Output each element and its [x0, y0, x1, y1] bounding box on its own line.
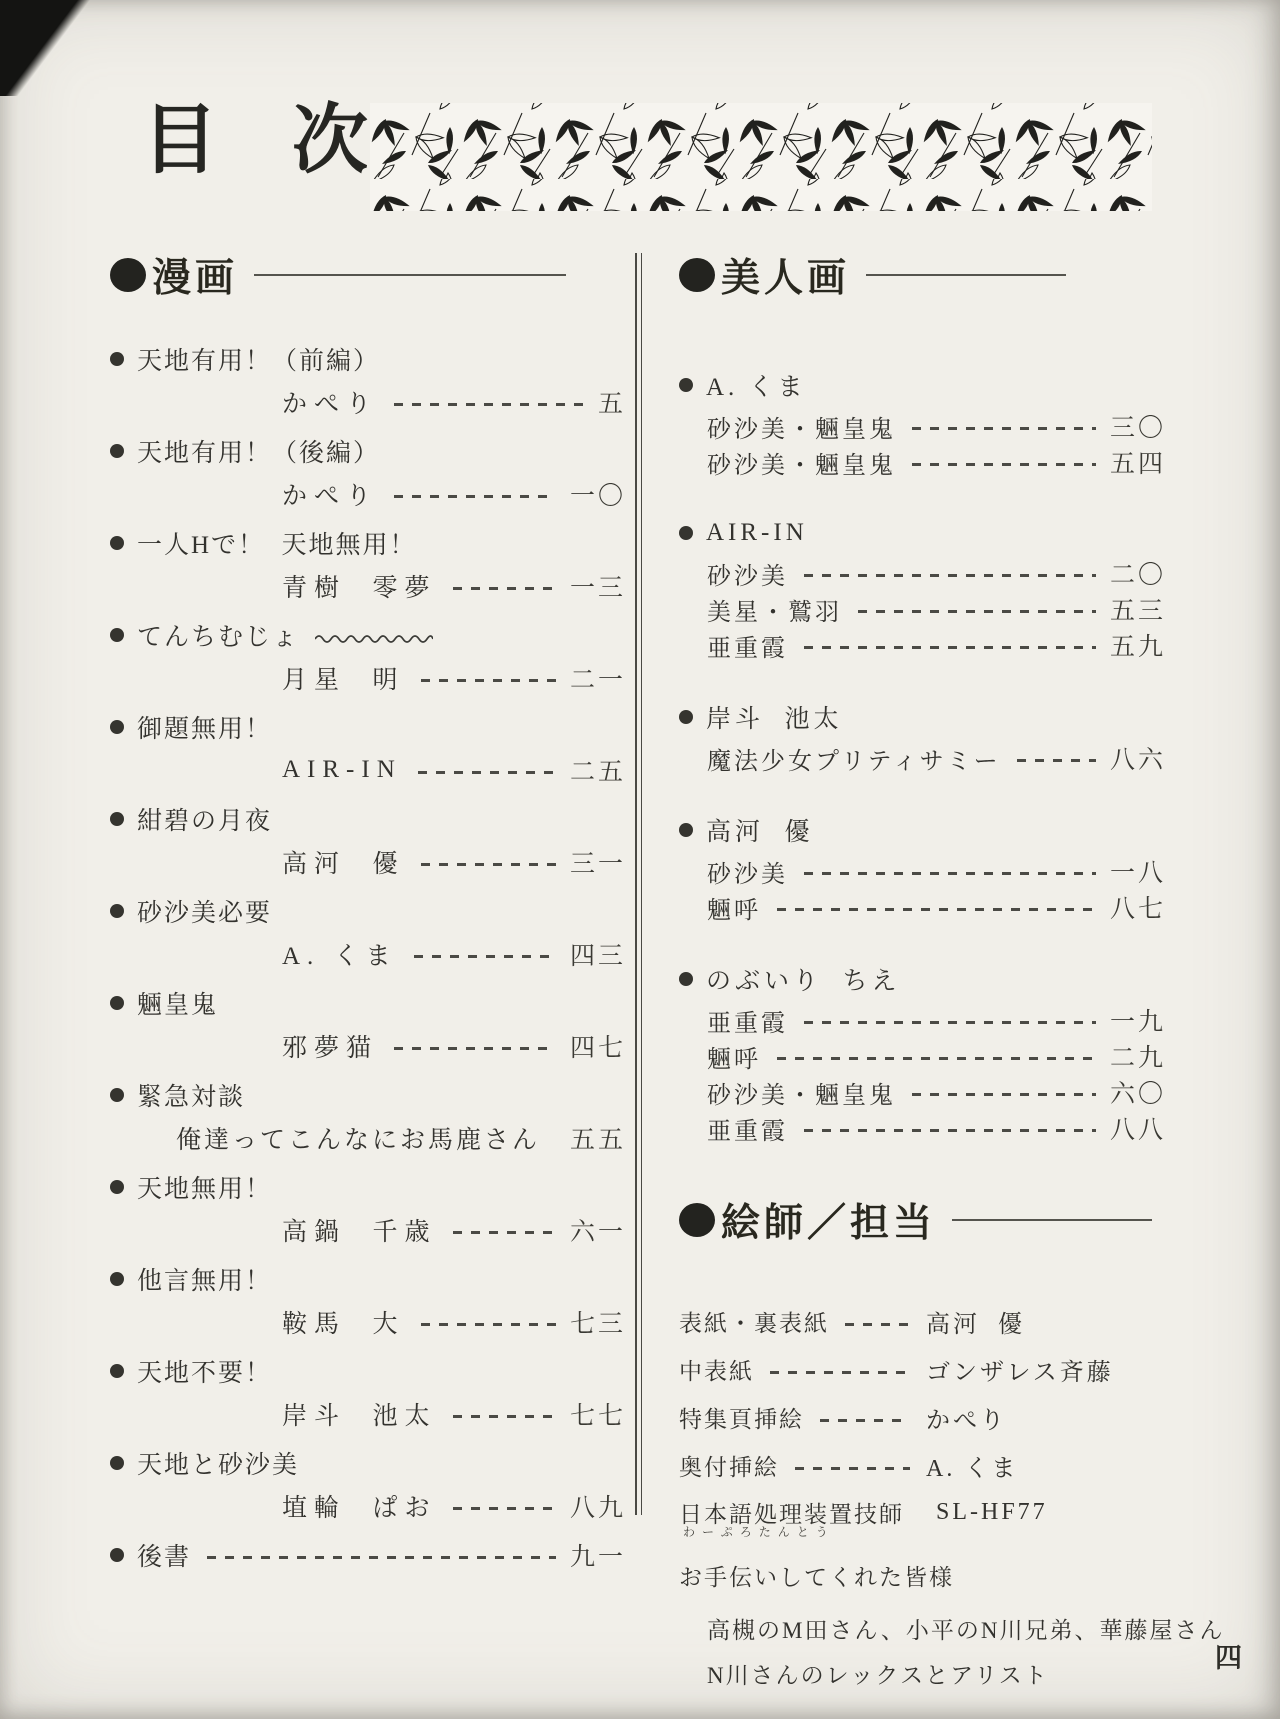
dotted-leader	[912, 463, 1096, 466]
entry-author: かぺり	[282, 384, 378, 420]
work-row: 砂沙美・魎皇鬼六〇	[679, 1074, 1166, 1110]
credits-section: 絵師／担当 表紙・裏表紙高河 優中表紙ゴンザレス斉藤特集頁挿絵かぺり奥付挿絵A.…	[679, 1192, 1166, 1698]
entry-bullet-icon	[110, 536, 124, 550]
entry-page-number: 五五	[570, 1120, 626, 1156]
artist-group: A. くま砂沙美・魎皇鬼三〇砂沙美・魎皇鬼五四	[679, 367, 1166, 480]
entry-title: てんちむじょ	[137, 617, 299, 653]
entry-page-number: 八七	[1110, 889, 1166, 925]
toc-entry: 紺碧の月夜高河 優三一	[110, 801, 626, 880]
work-row: 砂沙美・魎皇鬼三〇	[679, 408, 1166, 444]
credit-role: 特集頁挿絵	[679, 1401, 804, 1434]
entry-author: 青樹 零夢	[282, 568, 437, 604]
entry-author: 埴輪 ぱお	[282, 1488, 437, 1524]
entry-author: 鞍馬 大	[282, 1304, 405, 1340]
bamboo-pattern-band	[370, 103, 1152, 211]
entry-title: 魎皇鬼	[137, 985, 218, 1021]
entry-title: 一人Hで！ 天地無用！	[137, 525, 417, 561]
dotted-leader	[453, 1507, 556, 1510]
work-row: 砂沙美一八	[679, 853, 1166, 889]
credit-row: 中表紙ゴンザレス斉藤	[679, 1352, 1166, 1387]
toc-entry: 後書九一	[110, 1537, 626, 1573]
entry-page-number: 六〇	[1110, 1074, 1166, 1110]
entry-bullet-icon	[110, 996, 124, 1010]
artist-group: AIR-IN砂沙美二〇美星・鷲羽五三亜重霞五九	[679, 516, 1166, 663]
credit-row: 奥付挿絵A. くま	[679, 1448, 1166, 1483]
entry-page-number: 五三	[1110, 591, 1166, 627]
entry-title: 後書	[137, 1537, 191, 1573]
work-row: 亜重霞一九	[679, 1002, 1166, 1038]
helpers-heading: お手伝いしてくれた皆様	[679, 1559, 1166, 1592]
section-header-credits: 絵師／担当	[679, 1192, 1166, 1248]
entry-page-number: 五四	[1110, 444, 1166, 480]
dotted-leader	[418, 771, 556, 774]
entry-page-number: 七三	[570, 1304, 626, 1340]
manga-entry-list: 天地有用！（前編）かぺり五天地有用！（後編）かぺり一〇一人Hで！ 天地無用！青樹…	[110, 341, 626, 1573]
entry-author: かぺり	[282, 476, 378, 512]
entry-title: 天地不要！	[137, 1353, 272, 1389]
dotted-leader	[414, 955, 556, 958]
toc-entry: 他言無用！鞍馬 大七三	[110, 1261, 626, 1340]
artist-group: のぶいり ちえ亜重霞一九魎呼二九砂沙美・魎皇鬼六〇亜重霞八八	[679, 961, 1166, 1146]
entry-bullet-icon	[110, 812, 124, 826]
dotted-leader	[1017, 759, 1096, 762]
section-rule	[866, 274, 1066, 276]
entry-page-number: 六一	[570, 1212, 626, 1248]
entry-page-number: 八六	[1110, 740, 1166, 776]
artist-name: のぶいり ちえ	[706, 961, 901, 997]
entry-bullet-icon	[110, 628, 124, 642]
entry-page-number: 七七	[570, 1396, 626, 1432]
credit-role-text: 特集頁挿絵	[679, 1407, 804, 1432]
dotted-leader	[804, 574, 1096, 577]
dotted-leader	[394, 495, 556, 498]
work-row: 美星・鷲羽五三	[679, 591, 1166, 627]
work-title: 砂沙美・魎皇鬼	[707, 409, 896, 444]
dotted-leader	[421, 679, 556, 682]
entry-bullet-icon	[110, 1088, 124, 1102]
entry-bullet-icon	[110, 1456, 124, 1470]
section-header-manga: 漫画	[110, 247, 626, 303]
work-row: 砂沙美二〇	[679, 555, 1166, 591]
entry-page-number: 三〇	[1110, 408, 1166, 444]
dotted-leader	[453, 1231, 556, 1234]
entry-bullet-icon	[110, 1272, 124, 1286]
dotted-leader	[845, 1323, 910, 1326]
wavy-underline	[315, 632, 433, 645]
toc-entry: 天地不要！岸斗 池太七七	[110, 1353, 626, 1432]
section-header-bijinga: 美人画	[679, 247, 1166, 303]
work-title: 亜重霞	[707, 1003, 788, 1038]
credit-furigana: わーぷろたんとう	[683, 1523, 835, 1540]
toc-entry: 天地有用！（後編）かぺり一〇	[110, 433, 626, 512]
credit-role-text: 中表紙	[679, 1359, 754, 1384]
work-title: 砂沙美・魎皇鬼	[707, 1075, 896, 1110]
credit-role-text: 表紙・裏表紙	[679, 1311, 829, 1336]
toc-entry: 砂沙美必要A. くま四三	[110, 893, 626, 972]
credit-role: 奥付挿絵	[679, 1449, 779, 1482]
work-title: 砂沙美	[707, 556, 788, 591]
credit-role-text: 奥付挿絵	[679, 1455, 779, 1480]
entry-title: 天地有用！（後編）	[137, 433, 380, 469]
toc-entry: 天地と砂沙美埴輪 ぱお八九	[110, 1445, 626, 1524]
dotted-leader	[804, 1021, 1096, 1024]
credit-name: SL-HF77	[924, 1499, 1176, 1526]
dotted-leader	[777, 908, 1096, 911]
dotted-leader	[804, 646, 1096, 649]
dotted-leader	[912, 1093, 1096, 1096]
helper-line-list: 高槻のM田さん、小平のN川兄弟、華藤屋さんN川さんのレックスとアリスト	[679, 1608, 1166, 1698]
scan-corner-artifact	[0, 0, 108, 96]
entry-page-number: 二〇	[1110, 555, 1166, 591]
dotted-leader	[207, 1556, 556, 1559]
entry-bullet-icon	[110, 444, 124, 458]
work-title: 魔法少女プリティサミー	[707, 741, 1001, 776]
toc-entry: 一人Hで！ 天地無用！青樹 零夢一三	[110, 525, 626, 604]
entry-title: 天地と砂沙美	[137, 1445, 299, 1481]
toc-entry: 天地無用！高鍋 千歳六一	[110, 1169, 626, 1248]
work-row: 魎呼二九	[679, 1038, 1166, 1074]
dotted-leader	[394, 403, 584, 406]
section-rule	[952, 1219, 1152, 1221]
work-title: 美星・鷲羽	[707, 592, 842, 627]
dotted-leader	[453, 587, 556, 590]
toc-entry: 御題無用！AIR-IN二五	[110, 709, 626, 788]
helpers-block: お手伝いしてくれた皆様 高槻のM田さん、小平のN川兄弟、華藤屋さんN川さんのレッ…	[679, 1559, 1166, 1698]
toc-entry: 天地有用！（前編）かぺり五	[110, 341, 626, 420]
entry-bullet-icon	[110, 904, 124, 918]
entry-page-number: 八八	[1110, 1110, 1166, 1146]
dotted-leader	[421, 863, 556, 866]
entry-title: 天地無用！	[137, 1169, 272, 1205]
entry-bullet-icon	[679, 710, 693, 724]
work-row: 亜重霞五九	[679, 627, 1166, 663]
bijinga-group-list: A. くま砂沙美・魎皇鬼三〇砂沙美・魎皇鬼五四AIR-IN砂沙美二〇美星・鷲羽五…	[679, 367, 1166, 1146]
section-dot-icon	[110, 258, 146, 292]
entry-bullet-icon	[679, 972, 693, 986]
dotted-leader	[453, 1415, 556, 1418]
section-dot-icon	[679, 1203, 715, 1237]
entry-bullet-icon	[679, 378, 693, 392]
entry-title: 紺碧の月夜	[137, 801, 272, 837]
entry-title: 砂沙美必要	[137, 893, 272, 929]
artist-name: 岸斗 池太	[706, 699, 843, 735]
entry-title: 御題無用！	[137, 709, 272, 745]
work-title: 砂沙美・魎皇鬼	[707, 445, 896, 480]
entry-page-number: 二五	[570, 752, 626, 788]
entry-bullet-icon	[679, 823, 693, 837]
entry-page-number: 一三	[570, 568, 626, 604]
entry-author: 月星 明	[282, 660, 405, 696]
entry-page-number: 五	[598, 384, 626, 420]
entry-author: 高河 優	[282, 844, 405, 880]
artist-name: AIR-IN	[706, 519, 808, 547]
entry-author: 邪夢猫	[282, 1028, 378, 1064]
work-row: 魔法少女プリティサミー八六	[679, 740, 1166, 776]
entry-page-number: 二一	[570, 660, 626, 696]
artist-name: 高河 優	[706, 812, 814, 848]
work-row: 魎呼八七	[679, 889, 1166, 925]
dotted-leader	[912, 427, 1096, 430]
credit-name: A. くま	[914, 1448, 1166, 1483]
artist-name: A. くま	[706, 367, 807, 403]
work-row: 亜重霞八八	[679, 1110, 1166, 1146]
credit-role: 表紙・裏表紙	[679, 1305, 829, 1338]
credit-role: 日本語処理装置技師わーぷろたんとう	[679, 1496, 904, 1529]
dotted-leader	[795, 1467, 910, 1470]
entry-page-number: 二九	[1110, 1038, 1166, 1074]
entry-page-number: 一〇	[570, 476, 626, 512]
manga-section: 漫画 天地有用！（前編）かぺり五天地有用！（後編）かぺり一〇一人Hで！ 天地無用…	[110, 247, 626, 1586]
entry-bullet-icon	[679, 526, 693, 540]
section-rule	[254, 274, 566, 276]
section-label: 漫画	[152, 247, 238, 303]
dotted-leader	[770, 1371, 910, 1374]
entry-page-number: 四三	[570, 936, 626, 972]
credit-row: 表紙・裏表紙高河 優	[679, 1304, 1166, 1339]
work-title: 砂沙美	[707, 854, 788, 889]
section-label: 美人画	[721, 247, 850, 303]
artist-group: 岸斗 池太魔法少女プリティサミー八六	[679, 699, 1166, 776]
right-column: 美人画 A. くま砂沙美・魎皇鬼三〇砂沙美・魎皇鬼五四AIR-IN砂沙美二〇美星…	[679, 247, 1166, 1698]
toc-entry: 緊急対談俺達ってこんなにお馬鹿さん五五	[110, 1077, 626, 1156]
work-row: 砂沙美・魎皇鬼五四	[679, 444, 1166, 480]
page-number: 四	[1215, 1636, 1244, 1675]
entry-bullet-icon	[110, 352, 124, 366]
helper-line: 高槻のM田さん、小平のN川兄弟、華藤屋さん	[679, 1608, 1166, 1653]
credit-name: かぺり	[914, 1400, 1166, 1435]
dotted-leader	[858, 610, 1096, 613]
section-dot-icon	[679, 258, 715, 292]
entry-page-number: 四七	[570, 1028, 626, 1064]
dotted-leader	[804, 872, 1096, 875]
entry-author: 岸斗 池太	[282, 1396, 437, 1432]
credit-row: 日本語処理装置技師わーぷろたんとうSL-HF77	[679, 1496, 1166, 1529]
entry-author: 高鍋 千歳	[282, 1212, 437, 1248]
dotted-leader	[804, 1129, 1096, 1132]
entry-bullet-icon	[110, 1180, 124, 1194]
credit-row-list: 表紙・裏表紙高河 優中表紙ゴンザレス斉藤特集頁挿絵かぺり奥付挿絵A. くま日本語…	[679, 1304, 1166, 1529]
entry-page-number: 一九	[1110, 1002, 1166, 1038]
section-label: 絵師／担当	[721, 1192, 936, 1248]
entry-page-number: 三一	[570, 844, 626, 880]
toc-page: 目次	[0, 0, 1280, 1719]
entry-title: 緊急対談	[137, 1077, 245, 1113]
toc-entry: てんちむじょ月星 明二一	[110, 617, 626, 696]
dotted-leader	[777, 1057, 1096, 1060]
work-title: 魎呼	[707, 890, 761, 925]
dotted-leader	[394, 1047, 556, 1050]
entry-page-number: 八九	[570, 1488, 626, 1524]
bijinga-section: 美人画 A. くま砂沙美・魎皇鬼三〇砂沙美・魎皇鬼五四AIR-IN砂沙美二〇美星…	[679, 247, 1166, 1146]
work-title: 魎呼	[707, 1039, 761, 1074]
credit-role: 中表紙	[679, 1353, 754, 1386]
entry-author: AIR-IN	[282, 756, 402, 784]
entry-bullet-icon	[110, 1548, 124, 1562]
artist-group: 高河 優砂沙美一八魎呼八七	[679, 812, 1166, 925]
work-title: 亜重霞	[707, 1111, 788, 1146]
credit-name: ゴンザレス斉藤	[914, 1352, 1166, 1387]
entry-subtitle: 俺達ってこんなにお馬鹿さん	[176, 1120, 540, 1156]
helper-line: N川さんのレックスとアリスト	[679, 1653, 1166, 1698]
entry-page-number: 九一	[570, 1537, 626, 1573]
work-title: 亜重霞	[707, 628, 788, 663]
entry-page-number: 一八	[1110, 853, 1166, 889]
entry-title: 他言無用！	[137, 1261, 272, 1297]
entry-page-number: 五九	[1110, 627, 1166, 663]
entry-author: A. くま	[282, 936, 398, 972]
column-divider	[635, 253, 642, 1515]
entry-bullet-icon	[110, 720, 124, 734]
credit-name: 高河 優	[914, 1304, 1166, 1339]
dotted-leader	[820, 1419, 910, 1422]
dotted-leader	[421, 1323, 556, 1326]
toc-entry: 魎皇鬼邪夢猫四七	[110, 985, 626, 1064]
entry-bullet-icon	[110, 1364, 124, 1378]
entry-title: 天地有用！（前編）	[137, 341, 380, 377]
credit-row: 特集頁挿絵かぺり	[679, 1400, 1166, 1435]
